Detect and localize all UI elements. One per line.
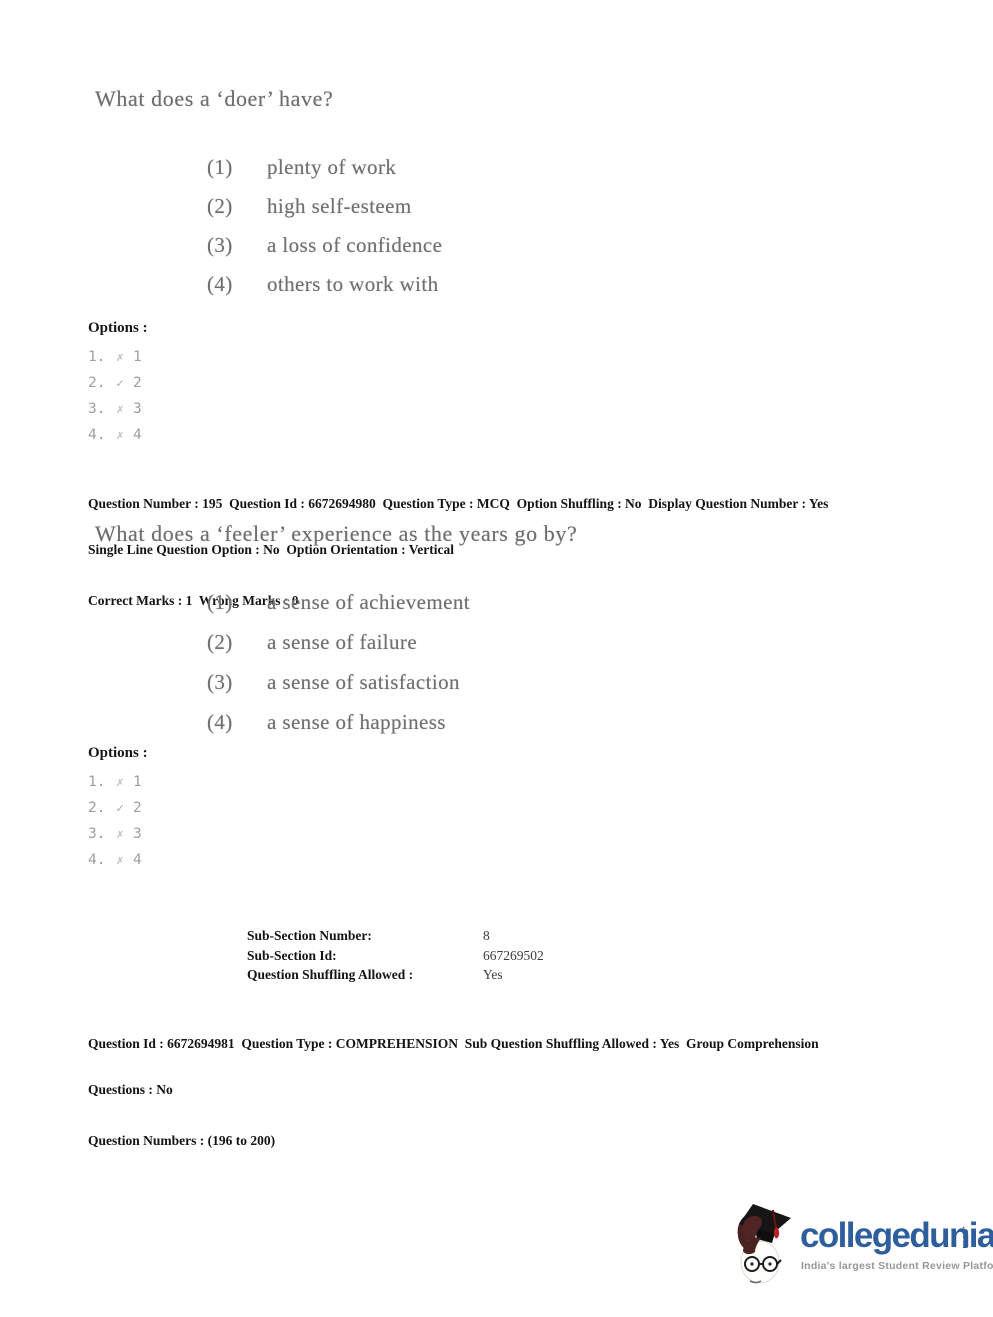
answer-label: 2 — [133, 795, 142, 821]
option-text: others to work with — [267, 274, 439, 295]
question-feeler-options: (1) a sense of achievement (2) a sense o… — [207, 592, 470, 752]
option-text: a sense of achievement — [267, 592, 470, 613]
options-heading: Options : — [88, 745, 148, 762]
comprehension-meta: Question Id : 6672694981 Question Type :… — [88, 1006, 958, 1178]
option-text: a sense of failure — [267, 632, 417, 653]
answer-option-row: 3. ✗ 3 — [88, 396, 148, 422]
answer-key-feeler: Options : 1. ✗ 1 2. ✓ 2 3. ✗ 3 4. ✗ 4 — [88, 745, 148, 873]
answer-label: 1 — [133, 769, 142, 795]
option-text: high self-esteem — [267, 196, 412, 217]
option-row: (1) a sense of achievement — [207, 592, 470, 613]
sub-section-label: Sub-Section Id: — [247, 946, 483, 966]
option-row: (4) others to work with — [207, 274, 442, 295]
sub-section-row: Sub-Section Number: 8 — [247, 926, 544, 946]
question-feeler-title: What does a ‘feeler’ experience as the y… — [95, 521, 577, 547]
options-heading: Options : — [88, 320, 148, 337]
answer-index: 4. — [88, 847, 110, 873]
cross-icon: ✗ — [110, 769, 130, 795]
option-number: (1) — [207, 157, 267, 178]
sub-section-value: Yes — [483, 965, 503, 985]
option-text: a sense of satisfaction — [267, 672, 460, 693]
question-195-title: What does a ‘doer’ have? — [95, 86, 333, 112]
answer-index: 2. — [88, 795, 110, 821]
cross-icon: ✗ — [110, 344, 130, 370]
option-number: (2) — [207, 196, 267, 217]
answer-label: 4 — [133, 847, 142, 873]
brand-tld: .com — [961, 1226, 971, 1249]
option-row: (4) a sense of happiness — [207, 712, 470, 733]
answer-option-row: 1. ✗ 1 — [88, 344, 148, 370]
answer-option-row: 1. ✗ 1 — [88, 769, 148, 795]
cross-icon: ✗ — [110, 821, 130, 847]
collegedunia-logo[interactable]: collegedunia .com India's largest Studen… — [730, 1202, 992, 1297]
document-page: What does a ‘doer’ have? (1) plenty of w… — [0, 0, 993, 1317]
answer-index: 1. — [88, 769, 110, 795]
answer-option-row: 2. ✓ 2 — [88, 795, 148, 821]
option-text: plenty of work — [267, 157, 396, 178]
cross-icon: ✗ — [110, 396, 130, 422]
option-number: (4) — [207, 274, 267, 295]
brand-tagline: India's largest Student Review Platform — [801, 1260, 993, 1272]
meta-question-numbers: Question Numbers : (196 to 200) — [88, 1133, 958, 1148]
meta-line: Questions : No — [88, 1082, 958, 1097]
check-icon: ✓ — [110, 370, 130, 396]
answer-option-row: 2. ✓ 2 — [88, 370, 148, 396]
answer-index: 3. — [88, 821, 110, 847]
answer-index: 1. — [88, 344, 110, 370]
option-number: (3) — [207, 235, 267, 256]
sub-section-label: Question Shuffling Allowed : — [247, 965, 483, 985]
answer-index: 4. — [88, 422, 110, 448]
option-row: (1) plenty of work — [207, 157, 442, 178]
option-number: (2) — [207, 632, 267, 653]
answer-label: 2 — [133, 370, 142, 396]
option-row: (3) a sense of satisfaction — [207, 672, 470, 693]
sub-section-value: 8 — [483, 926, 490, 946]
sub-section-row: Sub-Section Id: 667269502 — [247, 946, 544, 966]
meta-line: Question Id : 6672694981 Question Type :… — [88, 1036, 958, 1051]
answer-option-row: 4. ✗ 4 — [88, 847, 148, 873]
meta-line: Question Number : 195 Question Id : 6672… — [88, 496, 958, 511]
option-number: (4) — [207, 712, 267, 733]
option-number: (1) — [207, 592, 267, 613]
option-row: (2) a sense of failure — [207, 632, 470, 653]
answer-option-row: 4. ✗ 4 — [88, 422, 148, 448]
graduate-mascot-icon — [733, 1204, 795, 1292]
cross-icon: ✗ — [110, 422, 130, 448]
answer-index: 2. — [88, 370, 110, 396]
answer-label: 1 — [133, 344, 142, 370]
answer-option-row: 3. ✗ 3 — [88, 821, 148, 847]
cross-icon: ✗ — [110, 847, 130, 873]
question-195-options: (1) plenty of work (2) high self-esteem … — [207, 157, 442, 313]
answer-index: 3. — [88, 396, 110, 422]
option-text: a sense of happiness — [267, 712, 446, 733]
answer-key-195: Options : 1. ✗ 1 2. ✓ 2 3. ✗ 3 4. ✗ 4 — [88, 320, 148, 448]
option-number: (3) — [207, 672, 267, 693]
option-row: (2) high self-esteem — [207, 196, 442, 217]
answer-label: 3 — [133, 821, 142, 847]
option-text: a loss of confidence — [267, 235, 442, 256]
sub-section-row: Question Shuffling Allowed : Yes — [247, 965, 544, 985]
sub-section-value: 667269502 — [483, 946, 544, 966]
sub-section-info: Sub-Section Number: 8 Sub-Section Id: 66… — [247, 926, 544, 985]
answer-label: 4 — [133, 422, 142, 448]
answer-label: 3 — [133, 396, 142, 422]
check-icon: ✓ — [110, 795, 130, 821]
option-row: (3) a loss of confidence — [207, 235, 442, 256]
sub-section-label: Sub-Section Number: — [247, 926, 483, 946]
